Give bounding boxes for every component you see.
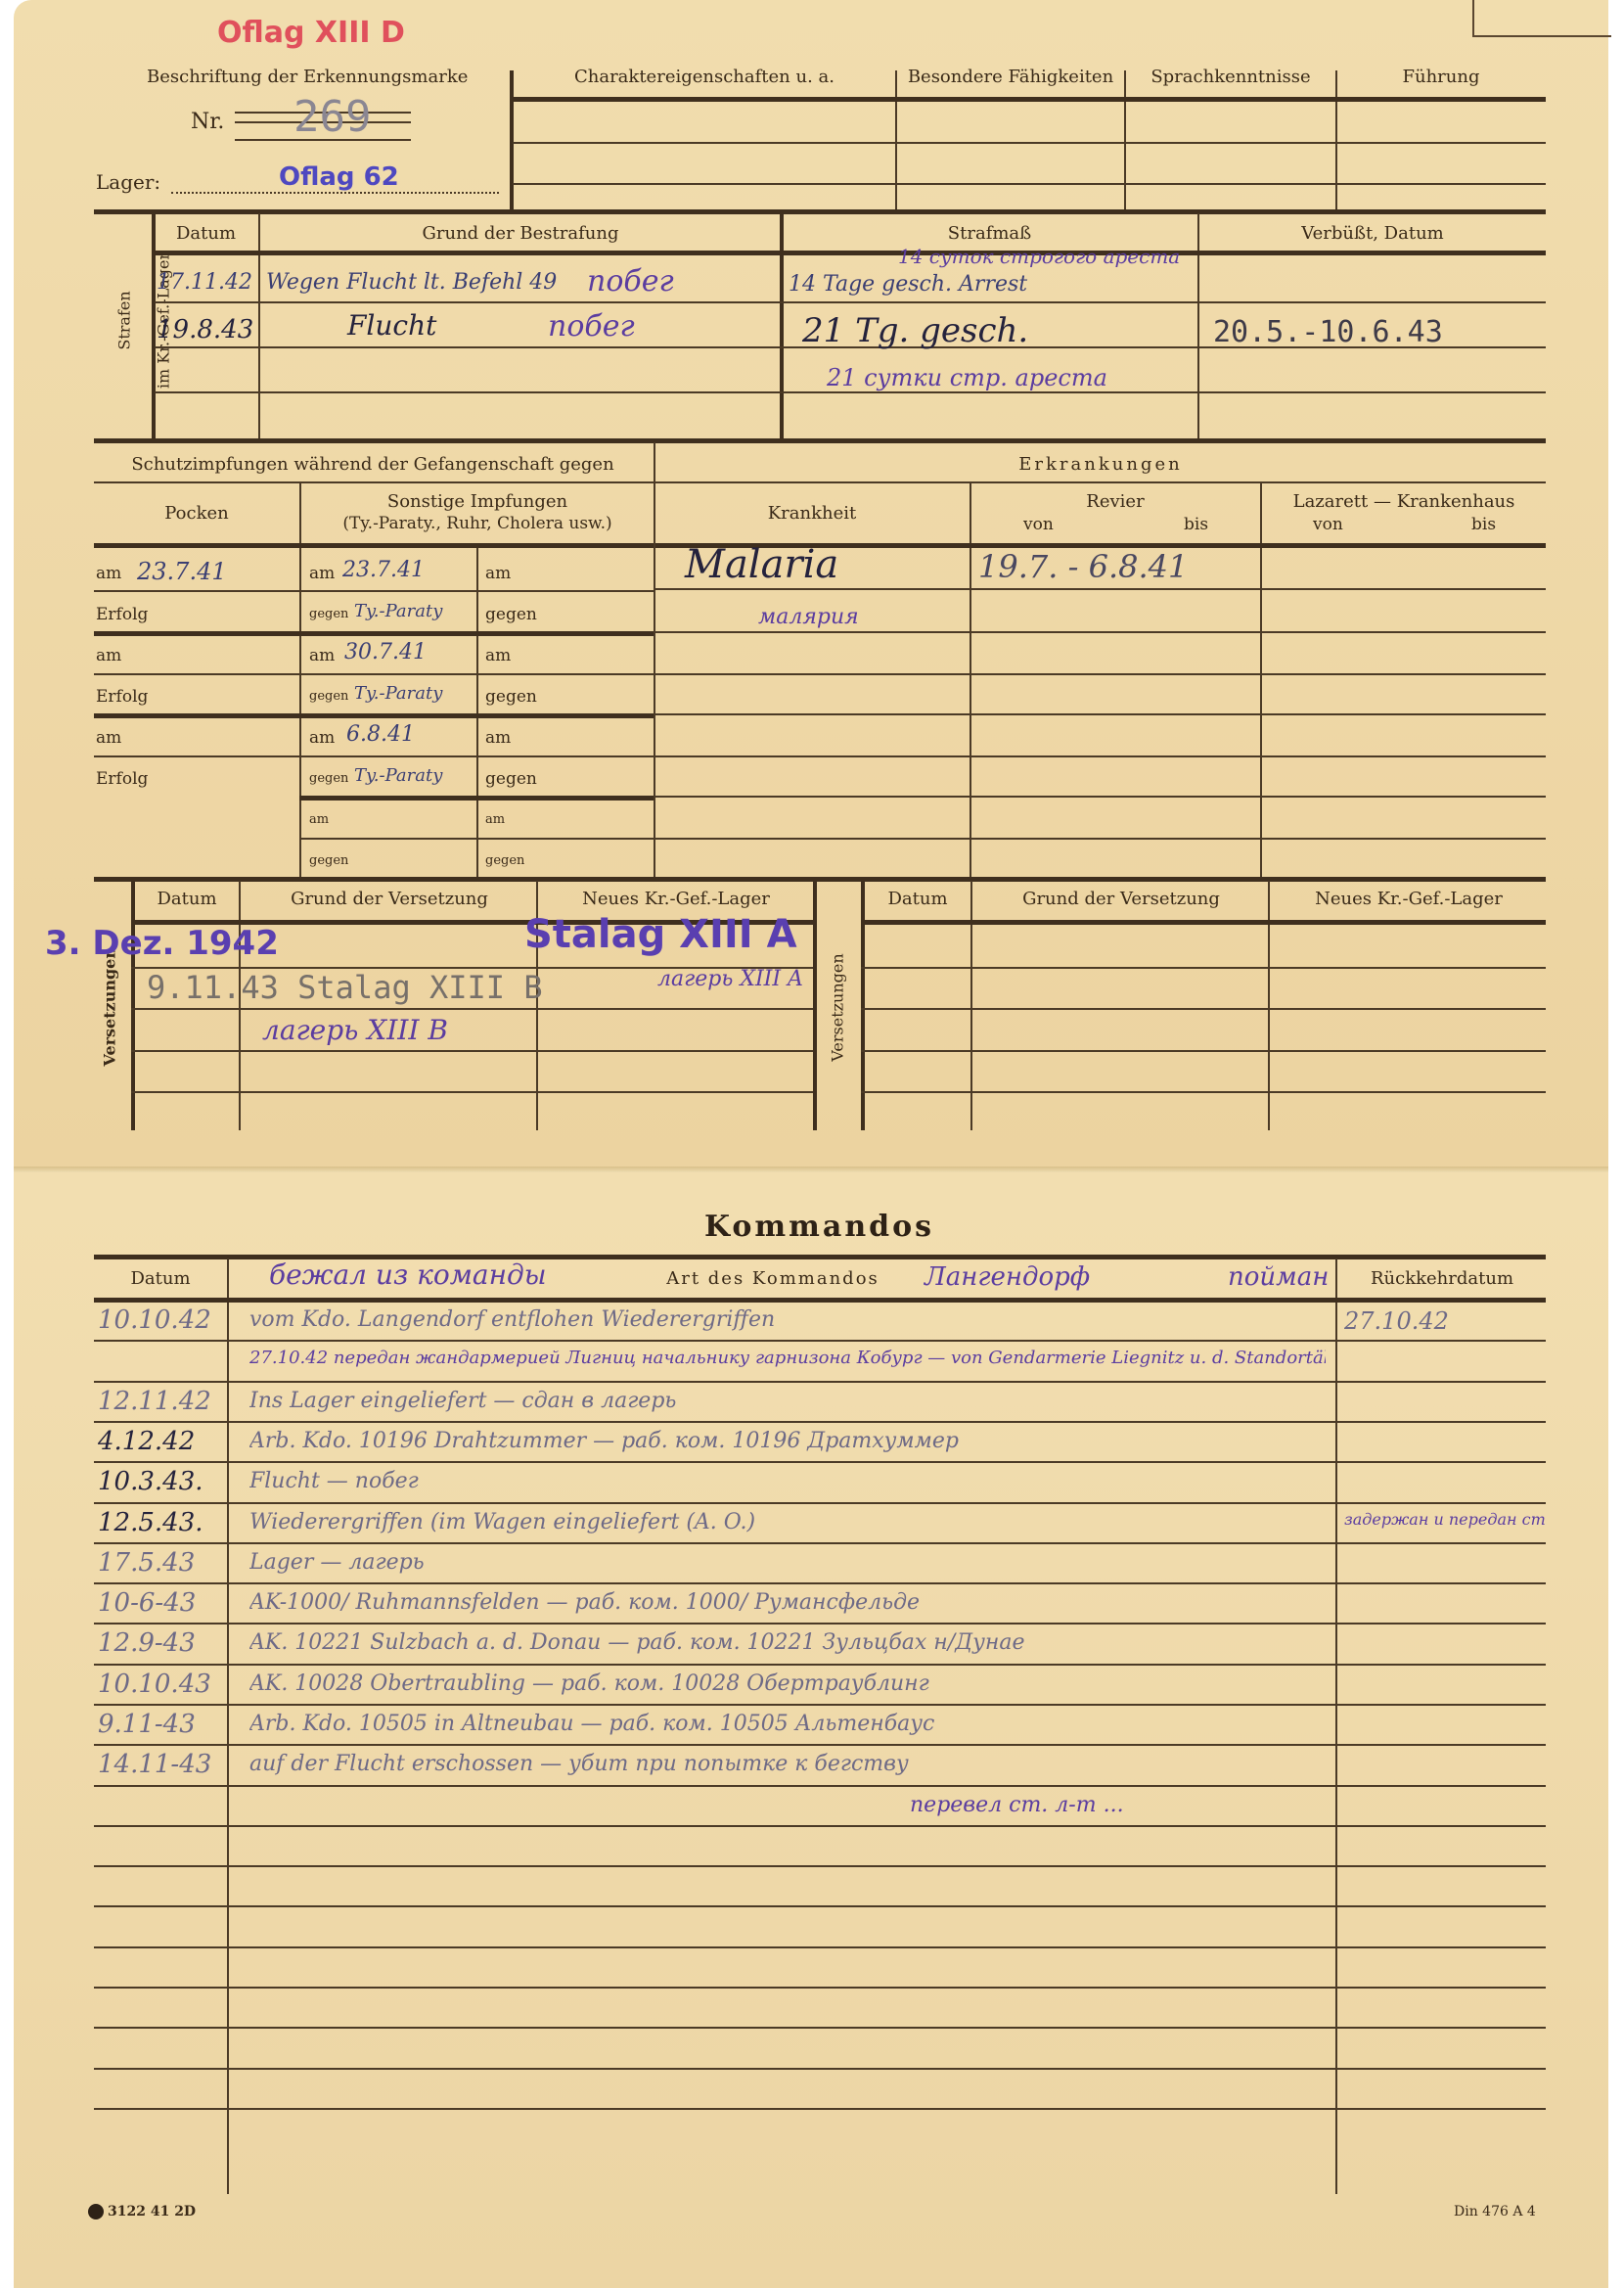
vacc-other-1-date: 23.7.41: [342, 558, 425, 582]
transfer-left-col-grund: Grund der Versetzung: [243, 889, 536, 909]
rule: [94, 2108, 1546, 2110]
rule: [861, 967, 1546, 969]
rule: [861, 920, 1546, 925]
rule: [94, 755, 299, 757]
transfers-side-label-right: Versetzungen: [829, 949, 847, 1067]
col-sprachkenntnisse: Sprachkenntnisse: [1127, 67, 1334, 87]
punish-row1-penalty: 14 Tage gesch. Arrest: [789, 272, 1027, 297]
kommando-row-text: 27.10.42 передан жандармерией Лигниц нач…: [249, 1348, 1326, 1368]
rule: [155, 301, 1546, 303]
rule: [299, 673, 654, 675]
rule: [94, 877, 1546, 882]
rule: [94, 1623, 1546, 1624]
vacc-other2-gegen-label: gegen: [485, 687, 537, 707]
rule: [655, 838, 1546, 840]
revier-von: von: [1023, 515, 1054, 534]
kommando-row-date: 17.5.43: [98, 1548, 195, 1578]
printer-seal-icon: [88, 2204, 104, 2219]
rule: [94, 1381, 1546, 1383]
divider: [1335, 1258, 1337, 2194]
transfer-right-col-grund: Grund der Versetzung: [974, 889, 1268, 909]
rule: [655, 673, 1546, 675]
rule: [94, 481, 654, 483]
rule: [94, 1905, 1546, 1907]
rule: [94, 543, 654, 548]
lazarett-von: von: [1313, 515, 1343, 534]
punish-row2-served: 20.5.-10.6.43: [1213, 315, 1443, 349]
kommando-header-note-mid: Лангендорф: [925, 1262, 1090, 1292]
rule: [94, 673, 299, 675]
divider: [476, 544, 478, 879]
vacc-other-am-label: am: [309, 728, 335, 748]
rule: [655, 588, 1546, 590]
kommando-row-text: Flucht — побег: [249, 1469, 419, 1493]
illness-1-name: Malaria: [685, 542, 838, 587]
rule: [861, 1050, 1546, 1052]
rule: [513, 142, 1546, 144]
rule: [94, 1502, 1546, 1504]
rule: [94, 1421, 1546, 1423]
transfer-2-camp-ru: лагерь XIII A: [657, 967, 803, 991]
rule: [861, 1091, 1546, 1093]
kommando-row-date: 10.10.42: [98, 1305, 211, 1335]
illness-col-revier: Revier: [972, 491, 1258, 512]
kommando-row-text: vom Kdo. Langendorf entflohen Wiederergr…: [249, 1307, 775, 1332]
rule: [131, 1091, 813, 1093]
rule: [655, 631, 1546, 633]
vacc-other-1-against: Ty.-Paraty: [354, 601, 442, 621]
lazarett-bis: bis: [1471, 515, 1496, 534]
rule: [94, 1340, 1546, 1342]
kommando-row-date: 4.12.42: [98, 1427, 195, 1456]
kommando-row-text: перевел ст. л-т ...: [910, 1793, 1124, 1817]
rule: [655, 713, 1546, 715]
kommando-row-date: 10.3.43.: [98, 1467, 203, 1496]
transfer-2-typed: 9.11.43 Stalag XIII B: [147, 969, 543, 1006]
rule: [94, 1785, 1546, 1787]
vacc-pocken-erfolg-label: Erfolg: [96, 687, 148, 707]
rule: [655, 481, 1546, 483]
vacc-pocken-erfolg-label: Erfolg: [96, 605, 148, 624]
transfer-right-col-datum: Datum: [865, 889, 970, 909]
vacc-other-gegen-label: gegen: [309, 771, 348, 786]
lager-label: Lager:: [96, 170, 160, 194]
divider: [258, 213, 260, 440]
vacc-other2-am-label: am: [485, 646, 511, 665]
rule: [655, 755, 1546, 757]
rule: [299, 838, 654, 840]
transfer-right-col-lager: Neues Kr.-Gef.-Lager: [1272, 889, 1546, 909]
rule: [94, 209, 1546, 214]
kommando-header-note-left: бежал из команды: [269, 1258, 547, 1291]
punish-row2-reason-ru: побег: [548, 309, 635, 343]
rule: [155, 391, 1546, 393]
punish-col-datum: Datum: [155, 223, 257, 244]
rule: [94, 1865, 1546, 1867]
kommando-row-text: AK. 10028 Obertraubling — раб. ком. 1002…: [249, 1671, 929, 1696]
rule: [655, 796, 1546, 798]
rule: [94, 1461, 1546, 1463]
rule: [94, 1582, 1546, 1584]
punish-col-verbuesst: Verbüßt, Datum: [1201, 223, 1544, 244]
rule: [94, 1542, 1546, 1544]
divider: [813, 881, 817, 1130]
rule: [299, 796, 654, 801]
kommando-col-datum: Datum: [94, 1268, 227, 1289]
vacc-other-3-against: Ty.-Paraty: [354, 765, 442, 786]
rule: [94, 1946, 1546, 1948]
vacc-pocken-1-date: 23.7.41: [137, 558, 227, 585]
transfer-left-col-datum: Datum: [135, 889, 239, 909]
nr-value: 269: [293, 92, 371, 142]
kommando-row-text: auf der Flucht erschossen — убит при поп…: [249, 1752, 909, 1776]
divider: [227, 1258, 229, 2194]
vacc-other2-am-label: am: [485, 728, 511, 748]
vacc-other2-gegen-label: gegen: [485, 605, 537, 624]
kommando-row-date: 12.5.43.: [98, 1508, 203, 1537]
kommando-row-text: Wiederergriffen (im Wagen eingeliefert (…: [249, 1510, 755, 1534]
punish-row1-reason: Wegen Flucht lt. Befehl 49: [266, 270, 557, 295]
divider: [1335, 70, 1337, 209]
divider: [510, 70, 514, 209]
vacc-pocken-am-label: am: [96, 564, 121, 583]
punish-row2-penalty: 21 Tg. gesch.: [802, 311, 1028, 350]
vacc-other2-gegen-label: gegen: [485, 769, 537, 789]
rule: [94, 2027, 1546, 2029]
col-faehigkeiten: Besondere Fähigkeiten: [898, 67, 1123, 87]
vacc-other2-am-label: am: [485, 812, 505, 827]
rule: [131, 1008, 813, 1010]
rule: [94, 1744, 1546, 1746]
punish-col-strafmass: Strafmaß: [783, 223, 1196, 244]
illness-1-name-ru: малярия: [758, 605, 859, 629]
kommando-row-date: 12.11.42: [98, 1387, 211, 1416]
kommando-row-text: Arb. Kdo. 10505 in Altneubau — раб. ком.…: [249, 1712, 934, 1736]
vacc-col-other: Sonstige Impfungen: [301, 491, 654, 512]
vacc-col-pocken: Pocken: [94, 503, 299, 524]
kommando-row-return: 27.10.42: [1344, 1307, 1449, 1335]
kommando-row-text: Lager — лагерь: [249, 1550, 425, 1575]
rule: [94, 1825, 1546, 1827]
rule: [94, 1704, 1546, 1706]
rule: [94, 1298, 1546, 1303]
vacc-other-2-date: 30.7.41: [344, 640, 427, 664]
divider: [780, 213, 784, 440]
vacc-other-gegen-label: gegen: [309, 689, 348, 704]
print-code: 3122 41 2D: [88, 2204, 196, 2219]
punish-row2-reason: Flucht: [347, 309, 436, 342]
revier-bis: bis: [1184, 515, 1208, 534]
punish-row2-penalty-ru: 21 сутки стр. ареста: [827, 364, 1107, 391]
kommando-row-date: 14.11-43: [98, 1750, 211, 1779]
din-format: Din 476 A 4: [1454, 2204, 1536, 2219]
kommando-header-note-right: пойман: [1228, 1262, 1329, 1292]
rule: [513, 183, 1546, 185]
vacc-other2-gegen-label: gegen: [485, 853, 524, 868]
vacc-other-gegen-label: gegen: [309, 853, 348, 868]
kommando-row-date: 10.10.43: [98, 1670, 211, 1699]
kommando-row-text: Arb. Kdo. 10196 Drahtzummer — раб. ком. …: [249, 1429, 959, 1453]
print-code-text: 3122 41 2D: [108, 2204, 196, 2219]
transfer-3-reason-ru: лагерь XIII B: [262, 1014, 448, 1046]
kommandos-title: Kommandos: [704, 1210, 934, 1244]
punish-col-grund: Grund der Bestrafung: [262, 223, 779, 244]
vacc-col-other-sub: (Ty.-Paraty., Ruhr, Cholera usw.): [301, 514, 654, 533]
lager-stamp: Oflag 62: [279, 162, 399, 192]
vacc-other-2-against: Ty.-Paraty: [354, 683, 442, 704]
rule: [299, 590, 654, 592]
kommando-col-art: Art des Kommandos: [626, 1268, 920, 1289]
vacc-pocken-am-label: am: [96, 728, 121, 748]
vacc-other-am-label: am: [309, 646, 335, 665]
kommando-row-text: AK-1000/ Ruhmannsfelden — раб. ком. 1000…: [249, 1590, 920, 1615]
vacc-pocken-erfolg-label: Erfolg: [96, 769, 148, 789]
kommando-row-date: 12.9-43: [98, 1628, 196, 1658]
vacc-pocken-am-label: am: [96, 646, 121, 665]
vacc-other-3-date: 6.8.41: [346, 722, 415, 747]
illness-col-lazarett: Lazarett — Krankenhaus: [1262, 491, 1546, 512]
rule: [94, 1664, 1546, 1666]
punish-side-label-1: Strafen: [115, 257, 134, 385]
punish-row1-penalty-ru: 14 суток строгого ареста: [898, 245, 1180, 268]
illness-1-revier: 19.7. - 6.8.41: [978, 548, 1188, 585]
rule: [299, 755, 654, 757]
rule: [94, 590, 299, 592]
kommando-row-return: задержан и передан ст. Заган): [1344, 1510, 1545, 1529]
transfer-left-col-lager: Neues Kr.-Gef.-Lager: [540, 889, 812, 909]
rule: [131, 1050, 813, 1052]
kommando-row-text: AK. 10221 Sulzbach a. d. Donau — раб. ко…: [249, 1630, 1024, 1655]
rule: [155, 251, 1546, 255]
divider: [895, 70, 897, 209]
rule: [94, 438, 1546, 443]
kommando-row-date: 10-6-43: [98, 1588, 196, 1618]
rule: [513, 97, 1546, 102]
kommando-row-text: Ins Lager eingeliefert — сдан в лагерь: [249, 1389, 676, 1413]
corner-box: [1472, 0, 1611, 37]
rule: [94, 1987, 1546, 1989]
transfers-side-label-left: Versetzungen: [101, 949, 119, 1067]
illness-col-krankheit: Krankheit: [655, 503, 969, 524]
divider: [1124, 70, 1126, 209]
vacc-other-am-label: am: [309, 564, 335, 583]
rule: [94, 2068, 1546, 2070]
lager-dotted-line: [171, 192, 499, 194]
transfer-1-camp-stamp: Stalag XIII A: [524, 912, 797, 957]
kommando-col-rueckkehr: Rückkehrdatum: [1338, 1268, 1546, 1289]
rule: [861, 1008, 1546, 1010]
divider: [1197, 213, 1199, 440]
vacc-other-gegen-label: gegen: [309, 607, 348, 621]
col-charakter: Charaktereigenschaften u. a.: [514, 67, 895, 87]
vacc-other2-am-label: am: [485, 564, 511, 583]
illness-title: Erkrankungen: [655, 454, 1546, 475]
punish-row1-date: 17.11.42: [157, 270, 252, 295]
rule: [94, 713, 654, 718]
vacc-title: Schutzimpfungen während der Gefangenscha…: [94, 454, 652, 475]
punish-row1-reason-ru: побег: [587, 264, 674, 298]
kommando-row-date: 9.11-43: [98, 1710, 196, 1739]
vacc-other-am-label: am: [309, 812, 329, 827]
nr-label: Nr.: [191, 110, 224, 134]
id-section-label: Beschriftung der Erkennungsmarke: [147, 67, 460, 87]
col-fuehrung: Führung: [1338, 67, 1544, 87]
rule: [94, 631, 654, 636]
transfer-1-date-stamp: 3. Dez. 1942: [45, 924, 279, 963]
camp-header-stamp: Oflag XIII D: [217, 16, 405, 50]
punish-row2-date: 19.8.43: [157, 315, 253, 344]
